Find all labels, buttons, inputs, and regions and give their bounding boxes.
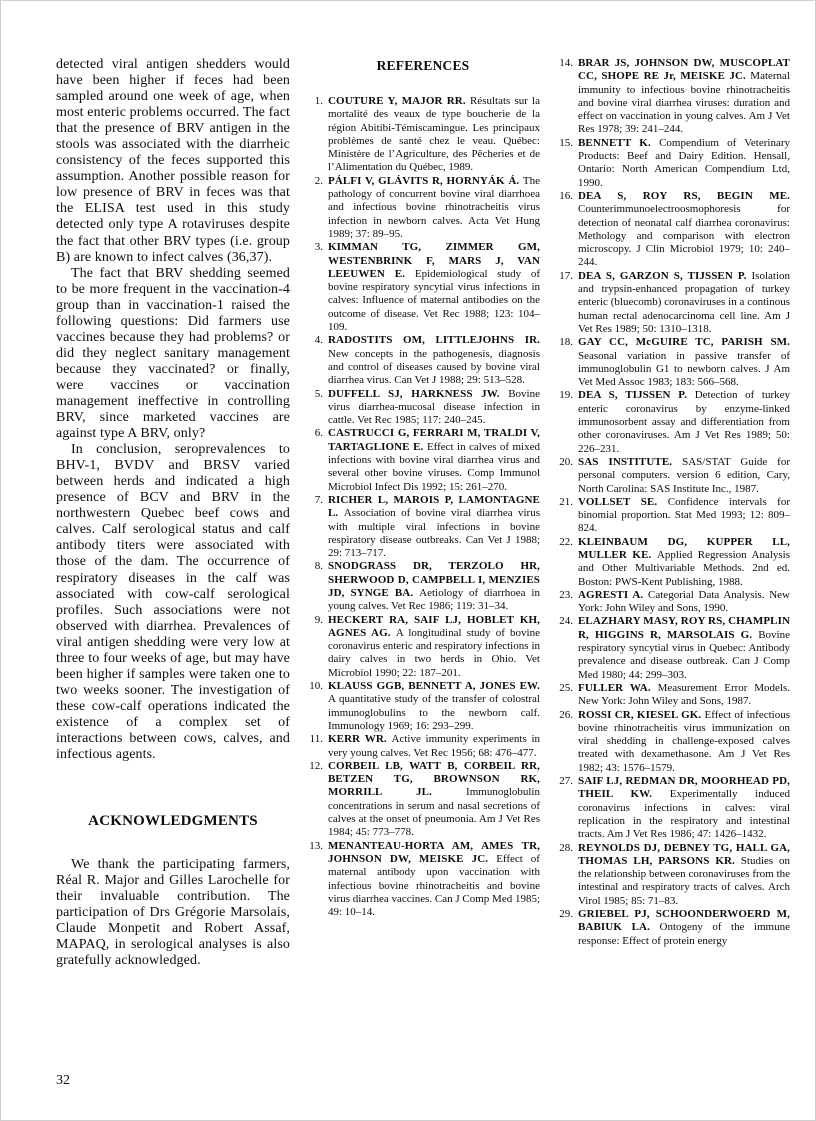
reference-item: 21.VOLLSET SE. Confidence intervals for …	[556, 496, 790, 536]
reference-item: 6.CASTRUCCI G, FERRARI M, TRALDI V, TART…	[306, 427, 540, 493]
reference-item: 10.KLAUSS GGB, BENNETT A, JONES EW. A qu…	[306, 680, 540, 733]
body-text-column: detected viral antigen shedders would ha…	[56, 57, 290, 969]
reference-item: 22.KLEINBAUM DG, KUPPER LL, MULLER KE. A…	[556, 536, 790, 589]
reference-number: 24.	[556, 615, 573, 628]
reference-authors: KLAUSS GGB, BENNETT A, JONES EW.	[328, 680, 540, 692]
reference-number: 20.	[556, 456, 573, 469]
reference-number: 22.	[556, 536, 573, 549]
reference-authors: RICHER L, MAROIS P, LAMONTAGNE L.	[328, 494, 540, 519]
reference-item: 13.MENANTEAU-HORTA AM, AMES TR, JOHNSON …	[306, 840, 540, 920]
reference-item: 19.DEA S, TIJSSEN P. Detection of turkey…	[556, 389, 790, 455]
reference-authors: AGRESTI A.	[578, 589, 648, 601]
journal-page: detected viral antigen shedders would ha…	[0, 0, 816, 1121]
reference-authors: DEA S, TIJSSEN P.	[578, 389, 695, 401]
reference-authors: FULLER WA.	[578, 682, 658, 694]
references-column-1: REFERENCES 1.COUTURE Y, MAJOR RR. Résult…	[306, 57, 540, 919]
reference-item: 16.DEA S, ROY RS, BEGIN ME. Counterimmun…	[556, 190, 790, 270]
reference-item: 9.HECKERT RA, SAIF LJ, HOBLET KH, AGNES …	[306, 614, 540, 680]
reference-authors: CORBEIL LB, WATT B, CORBEIL RR, BETZEN T…	[328, 760, 540, 799]
reference-item: 5.DUFFELL SJ, HARKNESS JW. Bovine virus …	[306, 388, 540, 428]
reference-authors: COUTURE Y, MAJOR RR.	[328, 95, 470, 107]
reference-item: 25.FULLER WA. Measurement Error Models. …	[556, 682, 790, 709]
reference-authors: REYNOLDS DJ, DEBNEY TG, HALL GA, THOMAS …	[578, 842, 790, 867]
reference-authors: SAIF LJ, REDMAN DR, MOORHEAD PD, THEIL K…	[578, 775, 790, 800]
reference-number: 7.	[306, 494, 323, 507]
reference-number: 3.	[306, 241, 323, 254]
reference-number: 26.	[556, 709, 573, 722]
reference-number: 6.	[306, 427, 323, 440]
reference-item: 18.GAY CC, McGUIRE TC, PARISH SM. Season…	[556, 336, 790, 389]
reference-item: 23.AGRESTI A. Categorial Data Analysis. …	[556, 589, 790, 616]
reference-number: 29.	[556, 908, 573, 921]
reference-number: 12.	[306, 760, 323, 773]
body-paragraph: In conclusion, seroprevalences to BHV-1,…	[56, 442, 290, 763]
reference-number: 9.	[306, 614, 323, 627]
reference-number: 2.	[306, 175, 323, 188]
reference-item: 27.SAIF LJ, REDMAN DR, MOORHEAD PD, THEI…	[556, 775, 790, 841]
reference-number: 19.	[556, 389, 573, 402]
reference-authors: GRIEBEL PJ, SCHOONDERWOERD M, BABIUK LA.	[578, 908, 790, 933]
reference-number: 27.	[556, 775, 573, 788]
reference-authors: DEA S, GARZON S, TIJSSEN P.	[578, 270, 752, 282]
reference-item: 28.REYNOLDS DJ, DEBNEY TG, HALL GA, THOM…	[556, 842, 790, 908]
reference-item: 1.COUTURE Y, MAJOR RR. Résultats sur la …	[306, 95, 540, 175]
reference-authors: BENNETT K.	[578, 137, 659, 149]
reference-authors: KIMMAN TG, ZIMMER GM, WESTENBRINK F, MAR…	[328, 241, 540, 280]
reference-authors: SNODGRASS DR, TERZOLO HR, SHERWOOD D, CA…	[328, 560, 540, 599]
reference-authors: DUFFELL SJ, HARKNESS JW.	[328, 388, 508, 400]
acknowledgments-heading: ACKNOWLEDGMENTS	[56, 813, 290, 830]
reference-authors: PÁLFI V, GLÁVITS R, HORNYÁK Á.	[328, 175, 523, 187]
reference-item: 17.DEA S, GARZON S, TIJSSEN P. Isolation…	[556, 270, 790, 336]
reference-item: 14.BRAR JS, JOHNSON DW, MUSCOPLAT CC, SH…	[556, 57, 790, 137]
reference-item: 4.RADOSTITS OM, LITTLEJOHNS IR. New conc…	[306, 334, 540, 387]
reference-number: 21.	[556, 496, 573, 509]
reference-authors: KLEINBAUM DG, KUPPER LL, MULLER KE.	[578, 536, 790, 561]
reference-authors: CASTRUCCI G, FERRARI M, TRALDI V, TARTAG…	[328, 427, 540, 452]
reference-number: 8.	[306, 560, 323, 573]
reference-number: 10.	[306, 680, 323, 693]
reference-authors: GAY CC, McGUIRE TC, PARISH SM.	[578, 336, 790, 348]
reference-number: 5.	[306, 388, 323, 401]
page-number: 32	[56, 1073, 70, 1089]
reference-number: 4.	[306, 334, 323, 347]
reference-authors: SAS INSTITUTE.	[578, 456, 682, 468]
reference-number: 16.	[556, 190, 573, 203]
reference-number: 17.	[556, 270, 573, 283]
reference-item: 24.ELAZHARY MASY, ROY RS, CHAMPLIN R, HI…	[556, 615, 790, 681]
reference-authors: MENANTEAU-HORTA AM, AMES TR, JOHNSON DW,…	[328, 840, 540, 865]
reference-number: 11.	[306, 733, 323, 746]
reference-authors: HECKERT RA, SAIF LJ, HOBLET KH, AGNES AG…	[328, 614, 540, 639]
reference-item: 3.KIMMAN TG, ZIMMER GM, WESTENBRINK F, M…	[306, 241, 540, 334]
reference-item: 2.PÁLFI V, GLÁVITS R, HORNYÁK Á. The pat…	[306, 175, 540, 241]
reference-item: 29.GRIEBEL PJ, SCHOONDERWOERD M, BABIUK …	[556, 908, 790, 948]
reference-item: 26.ROSSI CR, KIESEL GK. Effect of infect…	[556, 709, 790, 775]
reference-item: 15.BENNETT K. Compendium of Veterinary P…	[556, 137, 790, 190]
reference-authors: KERR WR.	[328, 733, 392, 745]
reference-number: 28.	[556, 842, 573, 855]
reference-number: 1.	[306, 95, 323, 108]
reference-number: 15.	[556, 137, 573, 150]
reference-item: 20.SAS INSTITUTE. SAS/STAT Guide for per…	[556, 456, 790, 496]
reference-authors: ELAZHARY MASY, ROY RS, CHAMPLIN R, HIGGI…	[578, 615, 790, 640]
reference-authors: BRAR JS, JOHNSON DW, MUSCOPLAT CC, SHOPE…	[578, 57, 790, 82]
body-paragraph: detected viral antigen shedders would ha…	[56, 57, 290, 266]
reference-number: 25.	[556, 682, 573, 695]
references-heading: REFERENCES	[306, 58, 540, 74]
reference-item: 11.KERR WR. Active immunity experiments …	[306, 733, 540, 760]
reference-list-1: 1.COUTURE Y, MAJOR RR. Résultats sur la …	[306, 95, 540, 919]
reference-item: 8.SNODGRASS DR, TERZOLO HR, SHERWOOD D, …	[306, 560, 540, 613]
reference-number: 23.	[556, 589, 573, 602]
reference-authors: DEA S, ROY RS, BEGIN ME.	[578, 190, 790, 202]
reference-number: 18.	[556, 336, 573, 349]
acknowledgments-text: We thank the participating farmers, Réal…	[56, 857, 290, 969]
page-columns: detected viral antigen shedders would ha…	[56, 57, 792, 969]
reference-authors: ROSSI CR, KIESEL GK.	[578, 709, 705, 721]
references-column-2: 14.BRAR JS, JOHNSON DW, MUSCOPLAT CC, SH…	[556, 57, 790, 948]
reference-item: 12.CORBEIL LB, WATT B, CORBEIL RR, BETZE…	[306, 760, 540, 840]
body-paragraph: The fact that BRV shedding seemed to be …	[56, 266, 290, 443]
reference-list-2: 14.BRAR JS, JOHNSON DW, MUSCOPLAT CC, SH…	[556, 57, 790, 948]
reference-item: 7.RICHER L, MAROIS P, LAMONTAGNE L. Asso…	[306, 494, 540, 560]
reference-number: 13.	[306, 840, 323, 853]
reference-authors: RADOSTITS OM, LITTLEJOHNS IR.	[328, 334, 540, 346]
reference-number: 14.	[556, 57, 573, 70]
reference-authors: VOLLSET SE.	[578, 496, 668, 508]
